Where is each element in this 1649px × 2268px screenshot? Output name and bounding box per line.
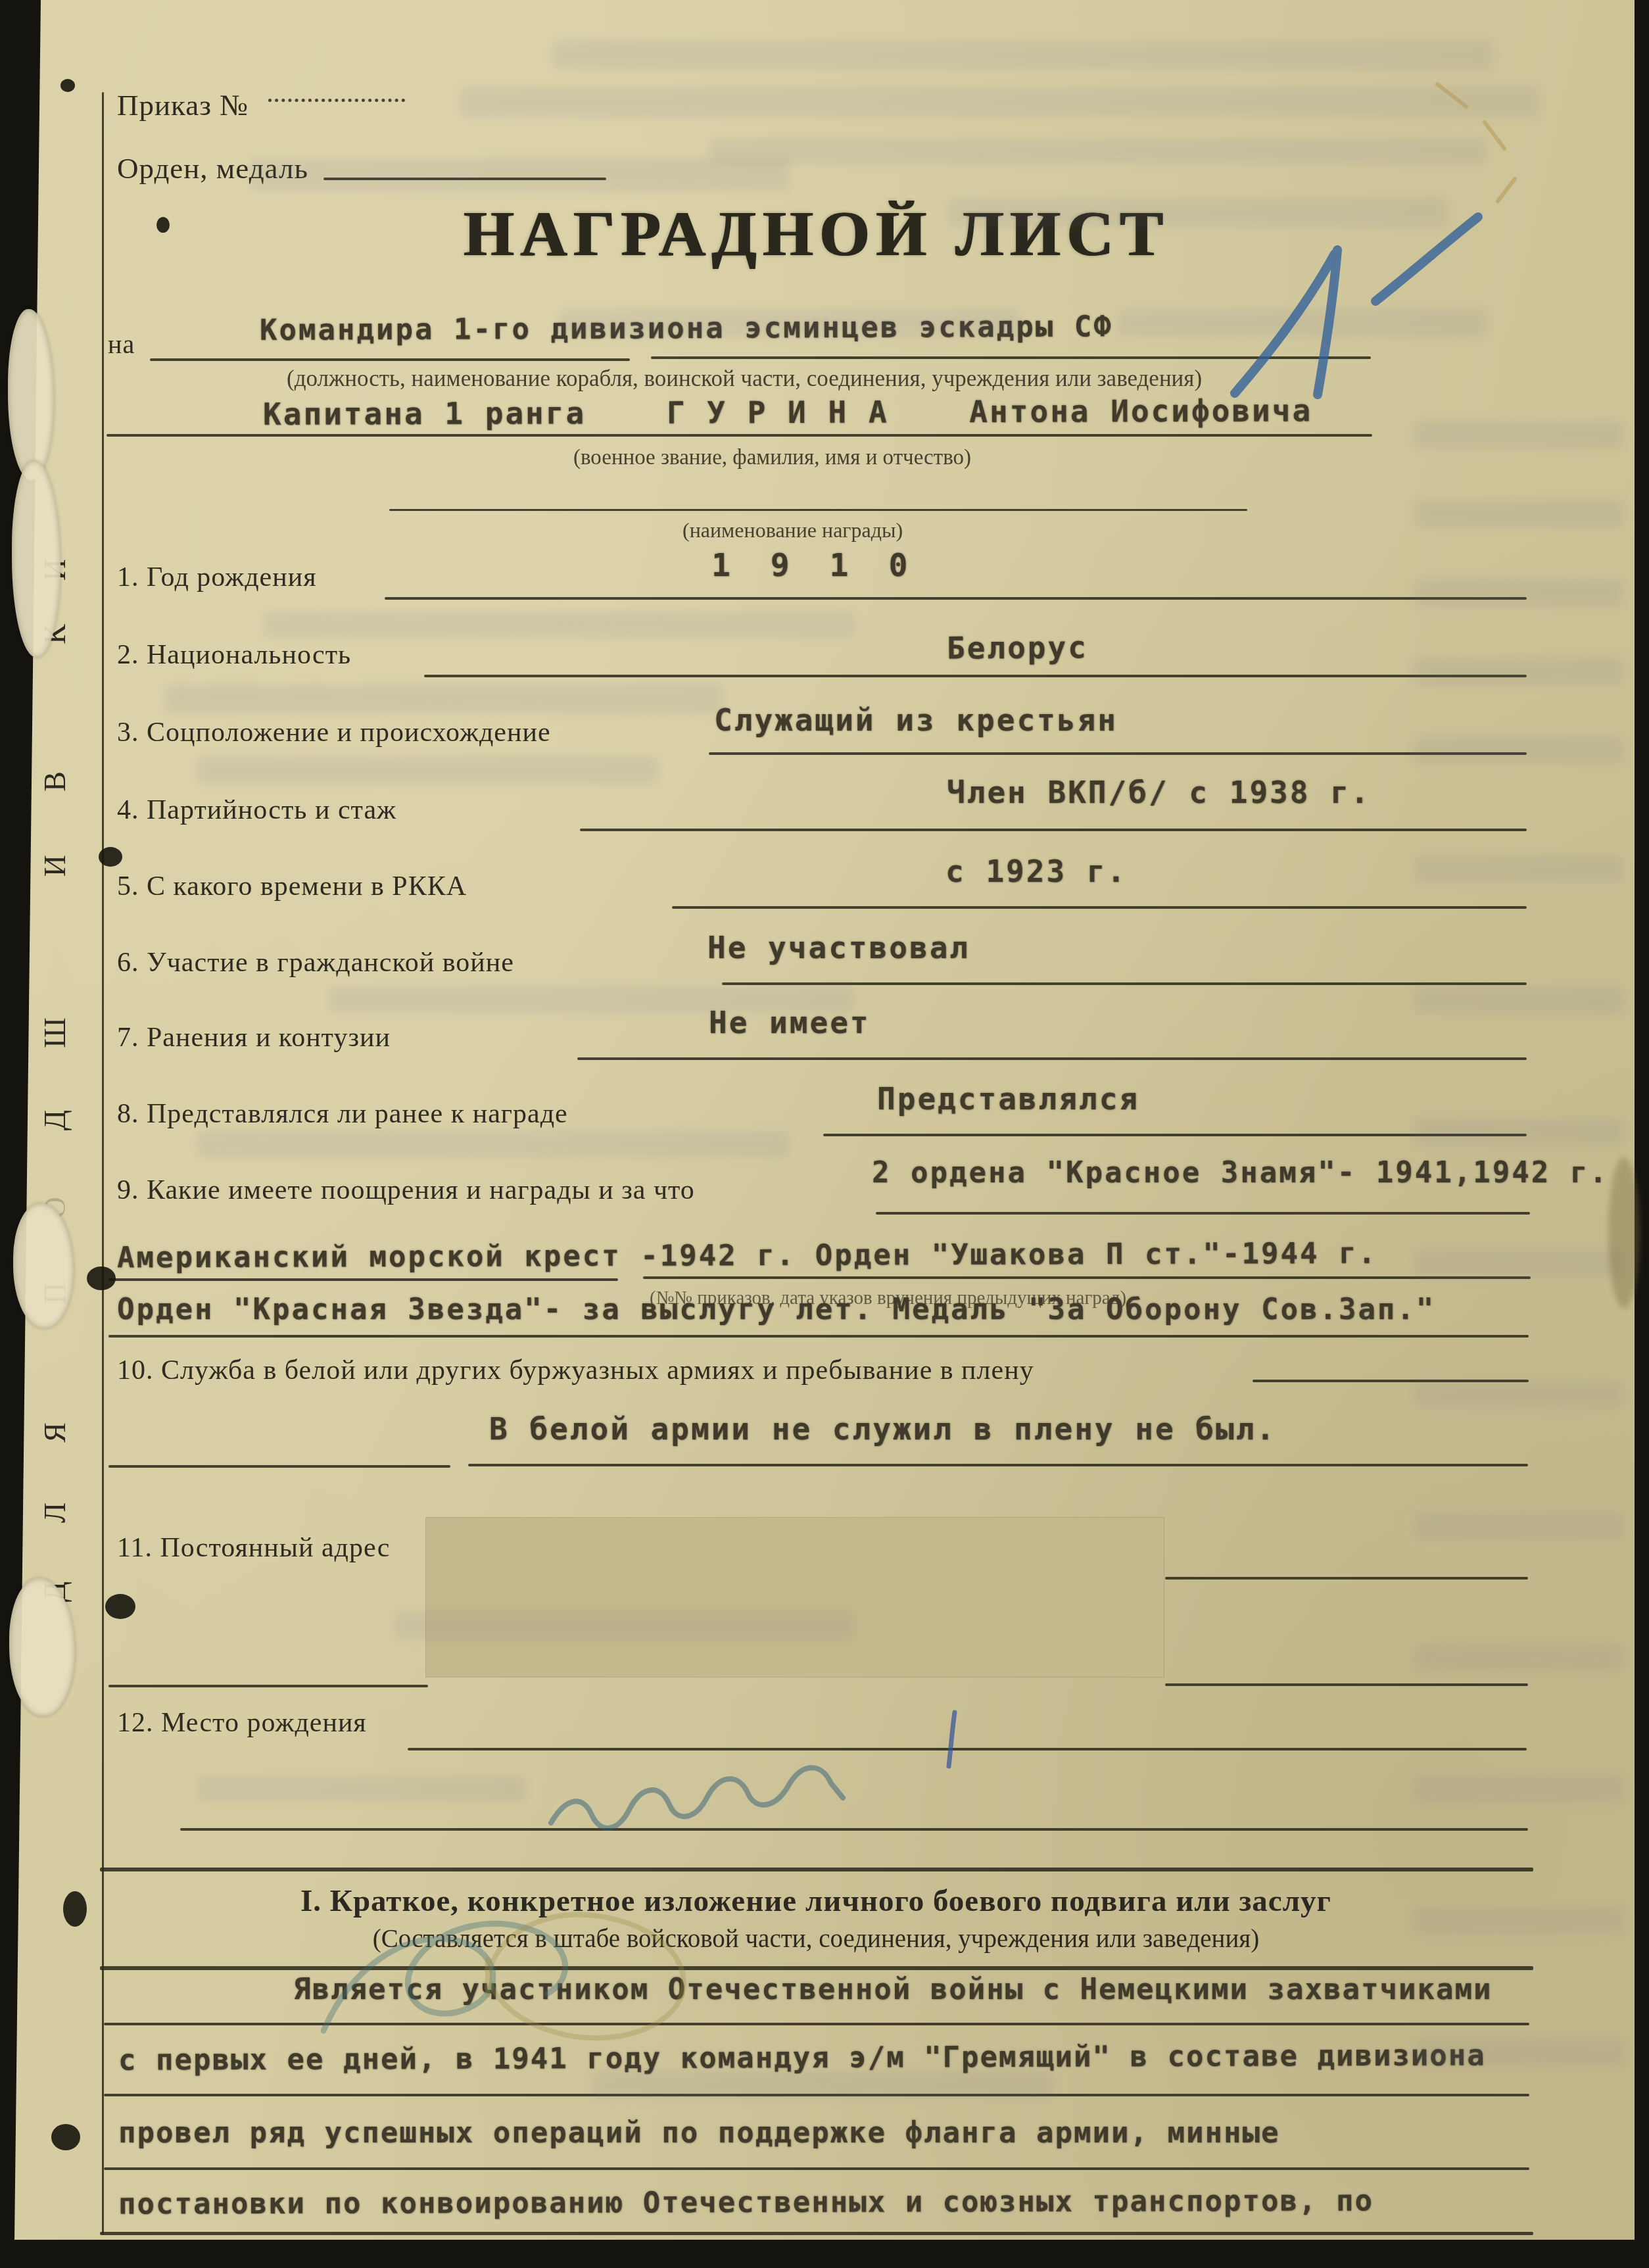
rule-line: [643, 1276, 1531, 1279]
bleedthrough-smudge: [1414, 1381, 1624, 1409]
field-8-label: 8. Представлялся ли ранее к награде: [117, 1098, 568, 1130]
field-4-value: Член ВКП/б/ с 1938 г.: [947, 775, 1371, 810]
paper-hole: [156, 217, 170, 233]
field-5-label: 5. С какого времени в РККА: [117, 871, 467, 902]
scanned-award-sheet: Приказ № Орден, медаль НАГРАДНОЙ ЛИСТ Ко…: [0, 0, 1649, 2268]
rule-line: [102, 92, 104, 2234]
rule-line: [108, 1278, 618, 1281]
section1-heading: I. Краткое, конкретное изложение личного…: [100, 1883, 1532, 1919]
name-value: Капитана 1 ранга Г У Р И Н А Антона Иоси…: [263, 393, 1312, 432]
bleedthrough-smudge: [1414, 855, 1624, 882]
field-2-value: Белорус: [947, 629, 1088, 665]
bleedthrough-smudge: [197, 756, 657, 784]
paper-hole: [87, 1267, 116, 1290]
bleedthrough-smudge: [552, 41, 1493, 70]
rule-line: [108, 1465, 450, 1468]
bleedthrough-smudge: [710, 138, 1486, 164]
paragraph-line-3: провел ряд успешных операций по поддержк…: [118, 2116, 1279, 2150]
margin-vertical-letter: И: [37, 850, 72, 882]
margin-vertical-letter: Д: [37, 1104, 72, 1137]
rule-line: [1165, 1577, 1528, 1580]
margin-vertical-letter: Я: [37, 1416, 72, 1449]
rule-line: [672, 906, 1527, 909]
field-4-label: 4. Партийность и стаж: [117, 794, 396, 826]
rule-line: [876, 1212, 1530, 1215]
bleedthrough-smudge: [1414, 1249, 1624, 1277]
bleedthrough-smudge: [1414, 1118, 1624, 1146]
field-2-label: 2. Национальность: [117, 639, 351, 671]
bleedthrough-smudge: [559, 309, 1019, 337]
rule-line: [408, 1748, 1527, 1750]
bleedthrough-smudge: [263, 612, 855, 638]
bleedthrough-smudge: [1414, 500, 1624, 527]
field-9-value-line2: Американский морской крест -1942 г. Орде…: [117, 1237, 1377, 1275]
field-6-value: Не участвовал: [707, 930, 970, 965]
field-3-value: Служащий из крестьян: [714, 702, 1118, 738]
rule-line: [1165, 1683, 1528, 1686]
paragraph-line-1: Является участником Отечественной войны …: [293, 1973, 1492, 2006]
rule-line: [100, 1966, 1533, 1970]
field-9-value-line3: Орден "Красная Звезда"- за выслугу лет. …: [117, 1293, 1435, 1326]
field-10-label: 10. Служба в белой или других буржуазных…: [117, 1355, 1034, 1386]
paragraph-line-4: постановки по конвоированию Отечественны…: [118, 2184, 1374, 2221]
award-caption: (наименование награды): [682, 518, 903, 543]
bleedthrough-smudge: [1414, 2039, 1624, 2066]
rule-line: [722, 982, 1527, 985]
rule-line: [108, 1335, 1529, 1338]
order-number-blank-line: [268, 99, 405, 102]
rule-line: [100, 2232, 1533, 2235]
field-10-value: В белой армии не служил в плену не был.: [489, 1411, 1276, 1447]
redaction-block: [426, 1518, 1164, 1677]
field-12-label: 12. Место рождения: [117, 1707, 367, 1739]
bleedthrough-smudge: [1414, 421, 1624, 448]
paper-stain: [1608, 1157, 1640, 1309]
rule-line: [389, 509, 1247, 511]
rule-line: [108, 1685, 428, 1687]
position-caption: (должность, наименование корабля, воинск…: [287, 366, 1202, 392]
bleedthrough-smudge: [197, 1775, 526, 1802]
rule-line: [468, 1464, 1528, 1466]
paper-hole: [60, 79, 75, 92]
bleedthrough-smudge: [1414, 986, 1624, 1014]
margin-vertical-letter: В: [37, 765, 72, 798]
bleedthrough-smudge: [329, 986, 855, 1013]
rule-line: [577, 1057, 1527, 1060]
field-3-label: 3. Соцположение и происхождение: [117, 717, 551, 748]
preposition-na: на: [108, 329, 135, 360]
field-6-label: 6. Участие в гражданской войне: [117, 947, 514, 978]
rule-line: [150, 358, 630, 361]
bleedthrough-smudge: [947, 197, 1446, 228]
paper-hole: [51, 2124, 80, 2150]
name-caption: (военное звание, фамилия, имя и отчество…: [573, 446, 971, 470]
section1-subheading: (Составляется в штабе войсковой части, с…: [100, 1924, 1532, 1954]
rule-line: [107, 434, 1372, 437]
bleedthrough-smudge: [1414, 1512, 1624, 1540]
bleedthrough-smudge: [164, 684, 723, 714]
rule-line: [424, 675, 1527, 677]
bleedthrough-smudge: [197, 1131, 789, 1157]
field-7-label: 7. Ранения и контузии: [117, 1022, 391, 1053]
rule-line: [104, 2023, 1529, 2025]
bleedthrough-smudge: [1414, 579, 1624, 606]
bleedthrough-smudge: [592, 2071, 1052, 2098]
bleedthrough-smudge: [1414, 1775, 1624, 1803]
field-5-value: с 1923 г.: [945, 854, 1127, 889]
bleedthrough-smudge: [1118, 309, 1486, 337]
order-number-label: Приказ №: [117, 88, 249, 122]
field-8-value: Представлялся: [877, 1081, 1139, 1117]
rule-line: [580, 829, 1527, 831]
paper-hole: [99, 847, 122, 867]
paper-hole: [105, 1594, 135, 1619]
bleedthrough-smudge: [250, 158, 789, 191]
field-1-value: 1 9 1 0: [711, 547, 918, 584]
rule-line: [385, 597, 1527, 600]
rule-line: [100, 1868, 1533, 1871]
rule-line: [709, 752, 1527, 755]
rule-line: [180, 1828, 1528, 1831]
bleedthrough-smudge: [1414, 658, 1624, 685]
rule-line: [651, 356, 1371, 359]
margin-vertical-letter: Л: [37, 1497, 72, 1530]
field-11-label: 11. Постоянный адрес: [117, 1532, 390, 1564]
bleedthrough-smudge: [1414, 1907, 1624, 1935]
field-9-value-line1: 2 ордена "Красное Знамя"- 1941,1942 г.: [872, 1156, 1609, 1190]
bleedthrough-smudge: [394, 1611, 855, 1640]
rule-line: [104, 2167, 1529, 2170]
field-1-label: 1. Год рождения: [117, 562, 317, 593]
bleedthrough-smudge: [1414, 736, 1624, 764]
bleedthrough-smudge: [460, 87, 1539, 117]
bleedthrough-smudge: [1414, 1644, 1624, 1672]
paper-hole: [63, 1891, 87, 1927]
field-9-label: 9. Какие имеете поощрения и награды и за…: [117, 1174, 695, 1206]
margin-vertical-letter: Ш: [37, 1017, 72, 1050]
